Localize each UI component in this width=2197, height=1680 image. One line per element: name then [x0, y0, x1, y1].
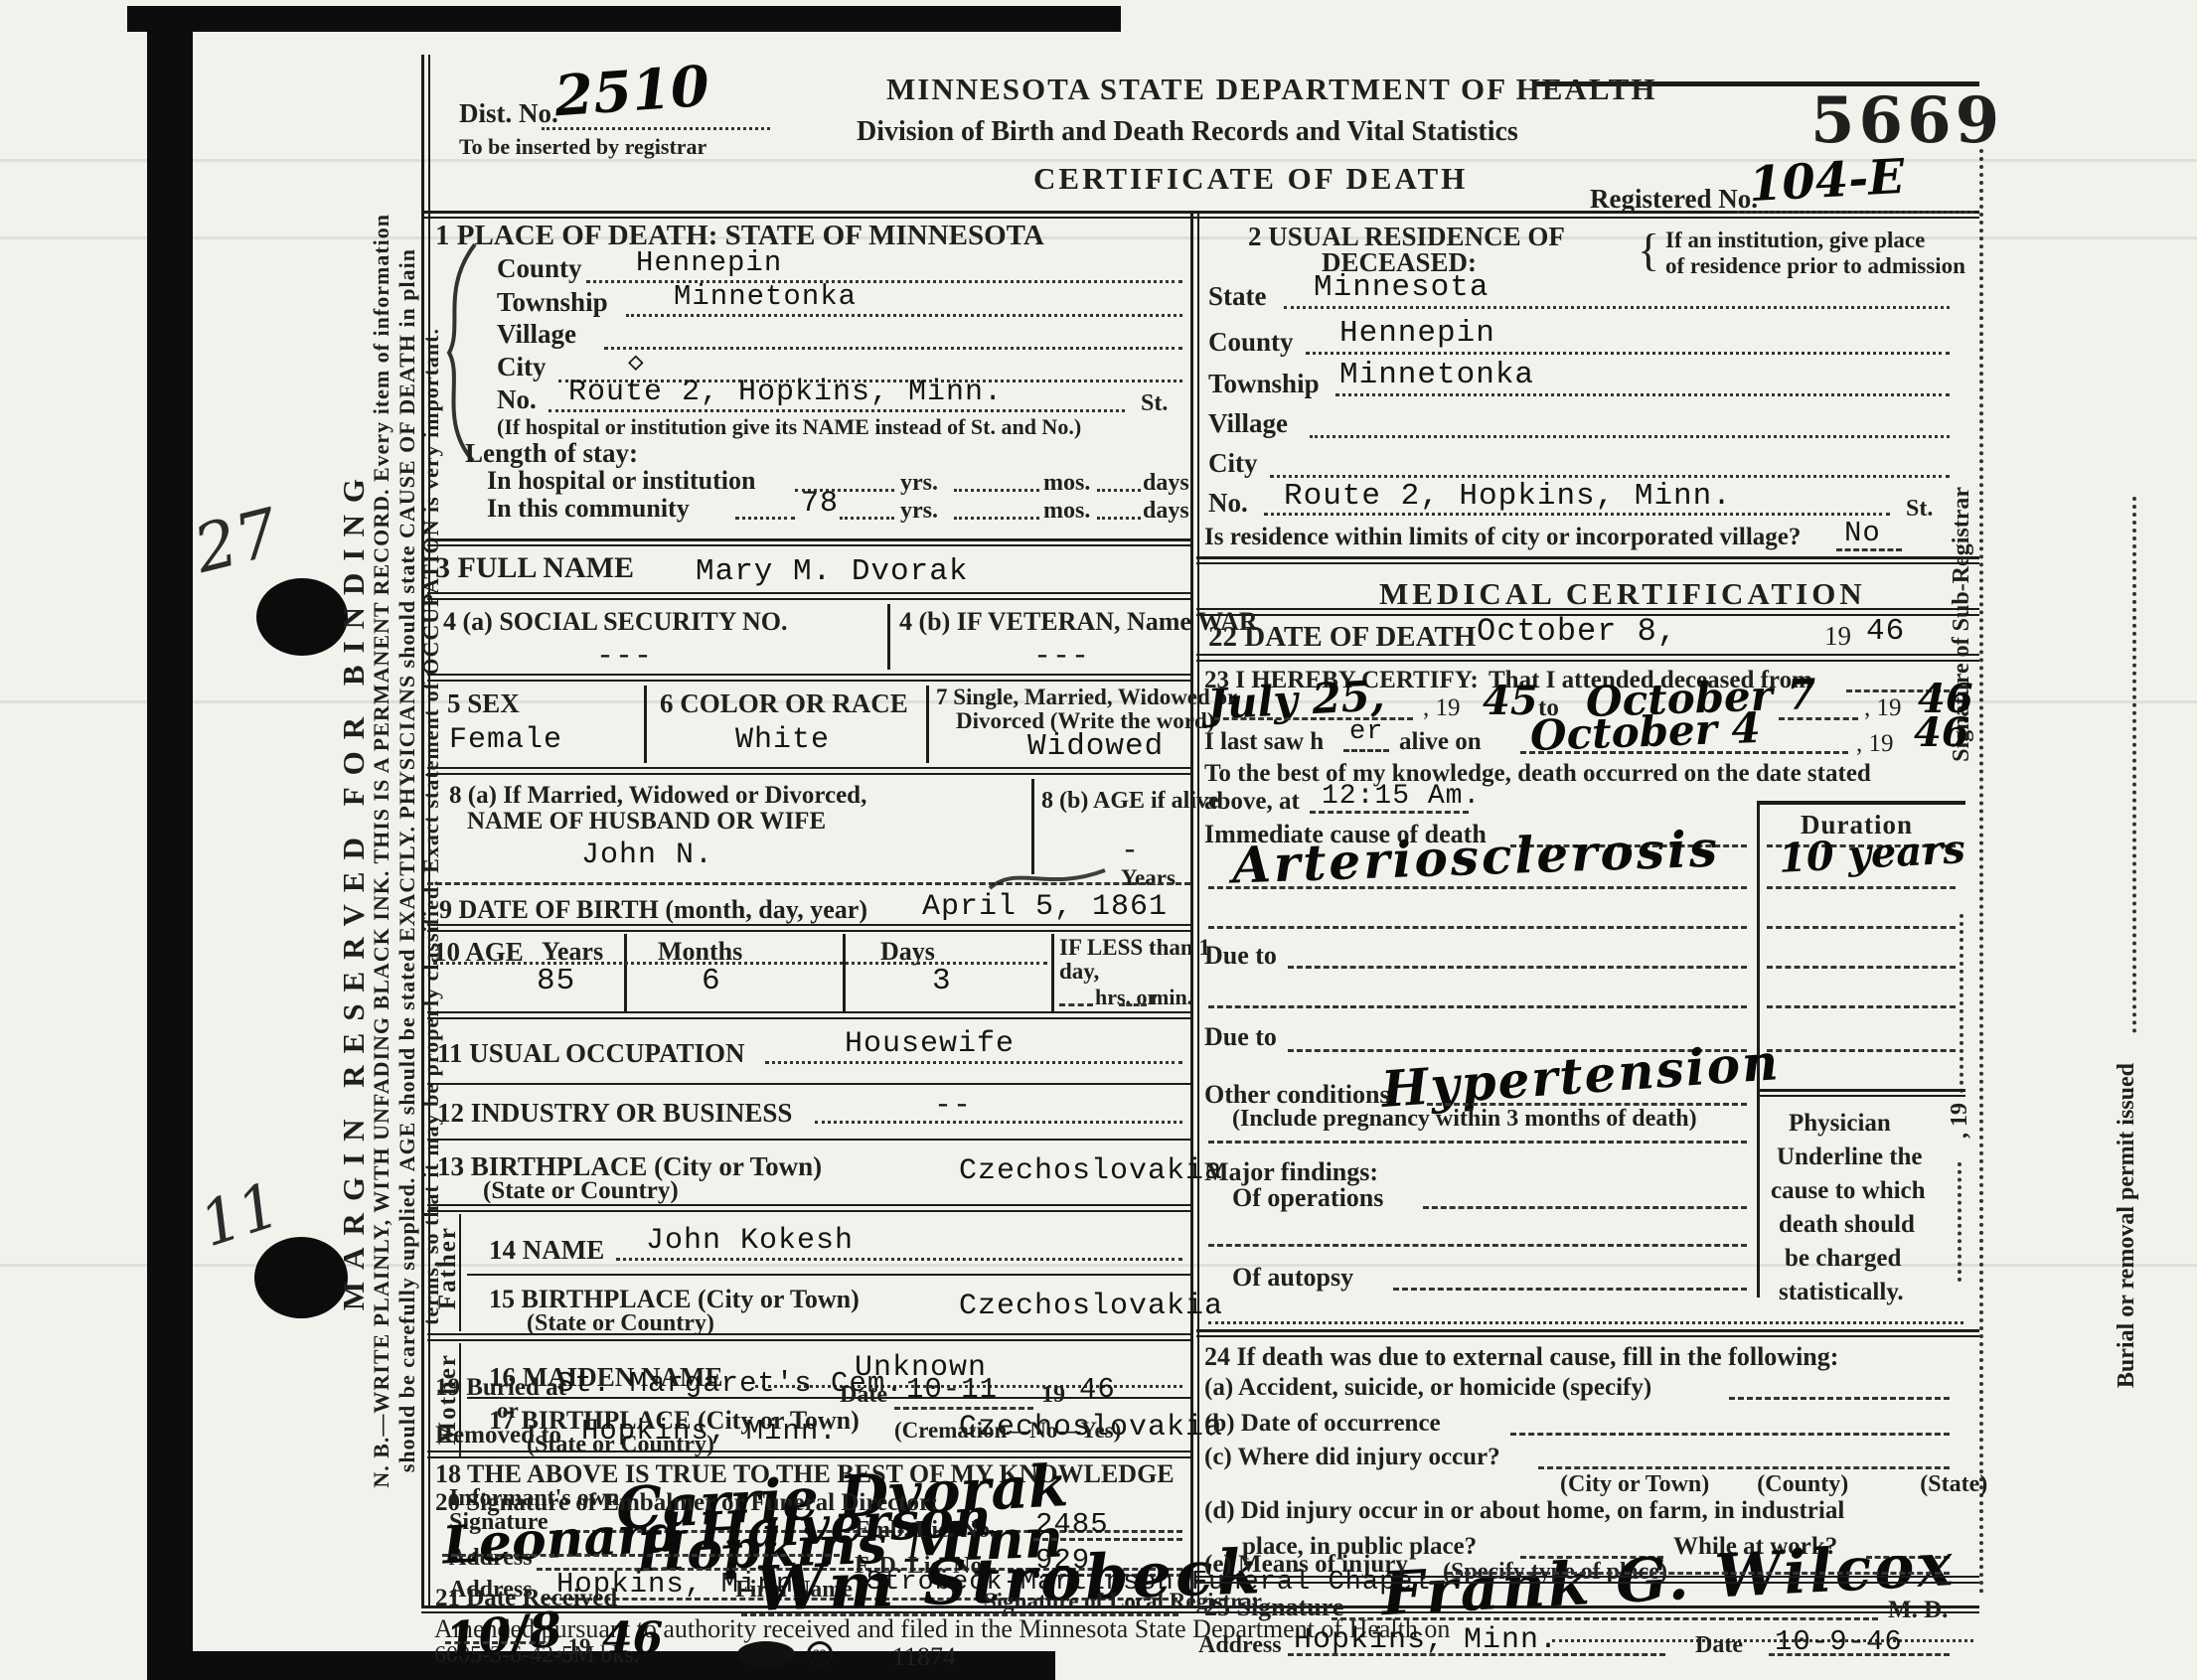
division-title: Division of Birth and Death Records and …: [857, 117, 1518, 146]
age-if-alive-value: -: [1121, 837, 1140, 866]
residence-county-label: County: [1208, 328, 1294, 356]
of-operations-label: Of operations: [1232, 1184, 1383, 1211]
village-label: Village: [497, 320, 576, 348]
margin-instruction-2: should be carefully supplied. AGE should…: [395, 248, 418, 1472]
last-saw-date: October 4: [1529, 707, 1761, 757]
dotted-line: [735, 517, 795, 520]
cell-divider: [1031, 779, 1034, 874]
physician-date-value: 10-9-46: [1775, 1627, 1903, 1656]
physician-note-line: death should: [1779, 1212, 1915, 1238]
death-certificate-scan: 27 11 MARGIN RESERVED FOR BINDING N. B.—…: [0, 0, 2197, 1680]
medical-certification-heading: MEDICAL CERTIFICATION: [1379, 578, 1866, 611]
industry-label: 12 INDUSTRY OR BUSINESS: [437, 1099, 792, 1127]
days-label: days: [1143, 471, 1189, 496]
dotted-line: [2132, 497, 2136, 1033]
institution-note-1: If an institution, give place: [1665, 229, 1925, 252]
certificate-title: CERTIFICATE OF DEATH: [1033, 163, 1468, 196]
immediate-cause-duration: 10 years: [1778, 830, 1966, 879]
rule-line: [427, 1139, 1190, 1141]
birthplace-value: Czechoslovakia: [959, 1156, 1223, 1186]
sex-value: Female: [449, 725, 562, 755]
hospital-note: (If hospital or institution give its NAM…: [497, 415, 1081, 438]
burial-permit-label: Burial or removal permit issued: [2115, 1063, 2139, 1388]
residence-township-value: Minnetonka: [1339, 360, 1534, 390]
residence-street-number-label: No.: [1208, 489, 1248, 517]
of-autopsy-label: Of autopsy: [1232, 1264, 1353, 1291]
dotted-line: [1097, 489, 1141, 492]
dashed-line: [1343, 749, 1389, 752]
knowledge-text-2: above, at: [1204, 789, 1300, 815]
dotted-line: [1264, 513, 1890, 516]
section-rule: [427, 674, 1190, 682]
color-race-label: 6 COLOR OR RACE: [660, 689, 908, 717]
dashed-line: [1208, 1141, 1747, 1144]
rule-line: [427, 1083, 1190, 1085]
residence-limits-label: Is residence within limits of city or in…: [1204, 525, 1801, 550]
duration-box-top: [1757, 801, 1965, 805]
if-less-label-2: day,: [1059, 960, 1099, 984]
residence-state-label: State: [1208, 282, 1266, 310]
dotted-line: [626, 314, 1182, 317]
last-saw-alive-label: alive on: [1399, 729, 1482, 755]
last-saw-year: 46: [1914, 713, 1969, 753]
if-less-label: IF LESS than 1: [1059, 936, 1210, 960]
dotted-line: [954, 517, 1039, 520]
sex-label: 5 SEX: [447, 689, 520, 717]
immediate-cause-value: Arteriosclerosis: [1231, 824, 1721, 890]
section-rule: [427, 538, 1190, 546]
date-received-year-prefix: , 19: [556, 1635, 591, 1659]
mos-label: mos.: [1043, 471, 1090, 496]
union-bug: [737, 1641, 795, 1667]
dotted-line: [549, 409, 1125, 412]
registered-number-value: 104-E: [1748, 153, 1906, 209]
section-rule: [427, 1204, 1190, 1212]
section-rule: [1196, 556, 1979, 564]
print-code: 11874: [892, 1643, 956, 1670]
residence-street-suffix: St.: [1906, 497, 1933, 522]
full-name-label: 3 FULL NAME: [435, 552, 634, 584]
industry-value: --: [934, 1091, 972, 1121]
cell-divider: [926, 686, 929, 763]
external-c-sublabel: (City or Town) (County) (State): [1560, 1472, 1987, 1497]
street-value: Route 2, Hopkins, Minn.: [568, 378, 1003, 407]
age-days-value: 3: [932, 966, 952, 996]
dashed-line: [1767, 1005, 1956, 1008]
age-months-value: 6: [702, 966, 721, 996]
external-e-label: (e) Means of injury: [1204, 1552, 1408, 1578]
social-security-label: 4 (a) SOCIAL SECURITY NO.: [443, 608, 787, 635]
major-findings-label: Major findings:: [1204, 1158, 1378, 1185]
physician-note-line: be charged: [1785, 1246, 1901, 1272]
section-rule: [427, 924, 1190, 932]
date-of-death-value: October 8,: [1477, 616, 1677, 648]
last-saw-er: er: [1349, 719, 1383, 746]
brace-glyph: {: [1638, 227, 1659, 274]
district-number-value: 2510: [552, 59, 710, 125]
township-value: Minnetonka: [674, 282, 857, 311]
external-d-label-1: (d) Did injury occur in or about home, o…: [1204, 1498, 1844, 1524]
social-security-value: ---: [596, 642, 653, 672]
street-number-label: No.: [497, 385, 537, 413]
section-rule: [1196, 654, 1979, 662]
color-race-value: White: [735, 725, 830, 755]
dashed-line: [1767, 966, 1956, 969]
dashed-line: [1208, 1244, 1747, 1247]
occupation-label: 11 USUAL OCCUPATION: [437, 1039, 745, 1067]
dashed-line: [1059, 1003, 1093, 1006]
union-bug-ring: 22: [807, 1641, 833, 1667]
age-years-value: 85: [537, 966, 575, 996]
external-c-label: (c) Where did injury occur?: [1204, 1445, 1500, 1470]
father-side-label: Father: [435, 1226, 461, 1309]
dashed-line: [1729, 1397, 1950, 1400]
cell-divider: [644, 686, 647, 763]
district-number-note: To be inserted by registrar: [459, 135, 706, 158]
dotted-line: [1960, 914, 1963, 1093]
agency-title: MINNESOTA STATE DEPARTMENT OF HEALTH: [886, 74, 1656, 106]
section-rule: [427, 1333, 1190, 1341]
section-rule: [427, 767, 1190, 775]
burial-date-value: 10-11: [906, 1375, 998, 1404]
veteran-war-value: ---: [1033, 642, 1090, 672]
city-label: City: [497, 353, 547, 381]
county-value: Hennepin: [636, 248, 782, 277]
sub-registrar-year-blank: , 19: [1948, 1103, 1972, 1139]
spouse-name-label-2: NAME OF HUSBAND OR WIFE: [467, 809, 826, 835]
yrs-label: yrs.: [900, 471, 938, 496]
days-label: days: [1143, 499, 1189, 524]
cell-divider: [1051, 934, 1054, 1011]
cremation-label: (Cremation—No—Yes): [894, 1419, 1121, 1443]
physician-signature-label: 25 Signature: [1204, 1594, 1343, 1620]
dashed-line: [1520, 751, 1848, 754]
punch-hole: [254, 1237, 348, 1318]
cell-divider: [887, 604, 890, 670]
physician-box-rule: [1757, 1089, 1965, 1097]
burial-date-label: Date: [840, 1383, 887, 1408]
dotted-line: [1737, 211, 1973, 214]
dotted-line: [840, 517, 894, 520]
dotted-line: [765, 1061, 1182, 1064]
last-saw-label: I last saw h: [1204, 729, 1324, 755]
rule-line: [467, 1274, 1190, 1276]
father-name-value: John Kokesh: [646, 1226, 854, 1256]
father-birthplace-label: 15 BIRTHPLACE (City or Town): [489, 1286, 860, 1312]
years-label: Years: [1121, 866, 1176, 890]
dashed-line: [1767, 1049, 1956, 1052]
registered-number-label: Registered No.: [1590, 185, 1758, 213]
date-received-value: 10/8: [443, 1605, 564, 1665]
in-hospital-label: In hospital or institution: [487, 467, 755, 494]
punch-hole: [256, 578, 348, 656]
dashed-line: [1538, 1466, 1950, 1469]
external-a-label: (a) Accident, suicide, or homicide (spec…: [1204, 1375, 1651, 1401]
dashed-line: [1767, 886, 1956, 889]
dashed-line: [1310, 811, 1469, 814]
county-label: County: [497, 254, 582, 282]
institution-note-2: of residence prior to admission: [1665, 254, 1965, 278]
physician-address-label: Address: [1198, 1633, 1282, 1658]
dashed-line: [741, 1613, 1178, 1616]
residence-limits-value: No: [1844, 519, 1881, 547]
date-of-birth-value: April 5, 1861: [922, 892, 1168, 922]
attended-to-year-prefix: , 19: [1864, 695, 1902, 721]
dotted-line: [542, 127, 770, 130]
dashed-line: [1119, 1003, 1147, 1006]
binding-edge-bar: [147, 26, 193, 1680]
section-rule: [427, 1011, 1190, 1019]
age-if-alive-label: 8 (b) AGE if alive: [1041, 789, 1219, 814]
district-number-label: Dist. No.: [459, 99, 558, 127]
spouse-name-value: John N.: [581, 840, 713, 870]
dashed-line: [894, 1407, 1033, 1410]
date-of-death-year-prefix: 19: [1824, 622, 1851, 650]
dotted-line: [1284, 306, 1950, 309]
physician-note-line: cause to which: [1771, 1178, 1926, 1204]
external-b-label: (b) Date of occurrence: [1204, 1411, 1441, 1437]
dashed-line: [445, 1641, 545, 1644]
cell-divider: [843, 934, 846, 1011]
scanner-edge-bar: [127, 6, 1121, 32]
township-label: Township: [497, 288, 608, 316]
date-received-year: 46: [602, 1617, 663, 1661]
community-years-value: 78: [801, 489, 839, 519]
removed-to-label: Removed to: [435, 1423, 561, 1449]
section-rule: [1196, 1329, 1979, 1337]
physician-note-line: Underline the: [1777, 1145, 1923, 1170]
dotted-line: [1270, 475, 1950, 478]
dashed-line: [1447, 1572, 1950, 1575]
dotted-line: [954, 489, 1039, 492]
physician-date-label: Date: [1695, 1633, 1743, 1658]
burial-year-value: 46: [1079, 1375, 1116, 1404]
dotted-line: [1958, 1162, 1962, 1282]
yrs-label: yrs.: [900, 499, 938, 524]
spouse-name-label: 8 (a) If Married, Widowed or Divorced,: [449, 783, 866, 809]
emb-lic-value: 2485: [1035, 1510, 1109, 1539]
in-community-label: In this community: [487, 495, 690, 522]
dashed-line: [1332, 1617, 1878, 1620]
column-divider: [1190, 211, 1199, 1607]
residence-county-value: Hennepin: [1339, 318, 1495, 349]
external-cause-heading: 24 If death was due to external cause, f…: [1204, 1343, 1838, 1370]
section-rule: [427, 1451, 1190, 1458]
dashed-line: [1288, 966, 1747, 969]
burial-year-prefix: 19: [1041, 1383, 1065, 1408]
due-to-label-2: Due to: [1204, 1023, 1277, 1050]
burial-or-label: or: [497, 1399, 519, 1423]
dashed-line: [1836, 548, 1902, 551]
residence-city-label: City: [1208, 449, 1258, 477]
residence-street-value: Route 2, Hopkins, Minn.: [1284, 481, 1732, 512]
occupation-value: Housewife: [845, 1029, 1015, 1059]
dashed-line: [1769, 1653, 1950, 1656]
length-of-stay-label: Length of stay:: [465, 439, 638, 467]
dashed-line: [1208, 1005, 1747, 1008]
time-of-death-value: 12:15 Am.: [1322, 783, 1481, 811]
dashed-line: [1288, 1653, 1665, 1656]
date-of-birth-label: 9 DATE OF BIRTH (month, day, year): [439, 896, 867, 923]
dotted-line: [604, 347, 1182, 350]
certificate-stamp-number: 5669: [1810, 87, 2003, 154]
text: [990, 870, 1105, 888]
section-rule: [427, 592, 1190, 600]
dashed-line: [1208, 926, 1747, 929]
dashed-line: [1208, 886, 1747, 889]
residence-township-label: Township: [1208, 370, 1320, 397]
margin-binding-note: MARGIN RESERVED FOR BINDING: [338, 467, 371, 1310]
dashed-line: [1767, 926, 1956, 929]
mos-label: mos.: [1043, 499, 1090, 524]
father-name-label: 14 NAME: [489, 1236, 604, 1264]
margin-instruction-1: N. B.—WRITE PLAINLY, WITH UNFADING BLACK…: [370, 214, 392, 1488]
handwritten-brace: [429, 238, 493, 467]
dotted-line: [1310, 435, 1950, 438]
date-of-death-year: 46: [1866, 616, 1905, 647]
attended-from-year-prefix: , 19: [1423, 695, 1461, 721]
residence-state-value: Minnesota: [1314, 272, 1489, 303]
dashed-line: [1423, 1206, 1747, 1209]
dashed-line: [1779, 717, 1858, 720]
birthplace-sublabel: (State or Country): [483, 1178, 679, 1204]
last-saw-year-prefix: , 19: [1856, 731, 1894, 757]
md-label: M. D.: [1888, 1598, 1948, 1623]
other-conditions-sublabel: (Include pregnancy within 3 months of de…: [1232, 1107, 1697, 1132]
street-suffix-label: St.: [1141, 391, 1168, 416]
min-label: min.: [1151, 986, 1192, 1008]
dashed-line: [1393, 1288, 1747, 1291]
dashed-line: [1510, 1433, 1950, 1436]
dotted-line: [1097, 517, 1141, 520]
dotted-line: [815, 1121, 1182, 1124]
due-to-label-1: Due to: [1204, 942, 1277, 969]
physician-note-line: Physician: [1789, 1111, 1891, 1137]
text: [449, 244, 475, 461]
full-name-value: Mary M. Dvorak: [696, 556, 968, 587]
burial-place-2: Hopkins, Minn.: [581, 1417, 838, 1446]
dotted-line: [1335, 393, 1950, 396]
pencil-mark: 27: [188, 500, 284, 583]
other-conditions-label: Other conditions: [1204, 1081, 1390, 1108]
physician-note-line: statistically.: [1779, 1280, 1904, 1305]
residence-village-label: Village: [1208, 409, 1288, 437]
knowledge-text-1: To the best of my knowledge, death occur…: [1204, 761, 1871, 787]
marital-status-label: 7 Single, Married, Widowed or: [936, 686, 1237, 709]
dotted-line: [433, 962, 1047, 965]
marital-status-value: Widowed: [1027, 731, 1164, 762]
city-stray-mark: ◇: [628, 350, 645, 376]
dotted-line: [1306, 352, 1950, 355]
dotted-line: [1208, 1321, 1963, 1324]
dotted-line: [1552, 1639, 1973, 1642]
dotted-line: [616, 1258, 1182, 1261]
physician-address-value: Hopkins, Minn.: [1294, 1625, 1558, 1655]
date-of-death-label: 22 DATE OF DEATH: [1208, 622, 1476, 652]
father-birthplace-value: Czechoslovakia: [959, 1292, 1223, 1321]
cell-divider: [624, 934, 627, 1011]
form-right-dotted-border: [1979, 149, 1983, 1595]
